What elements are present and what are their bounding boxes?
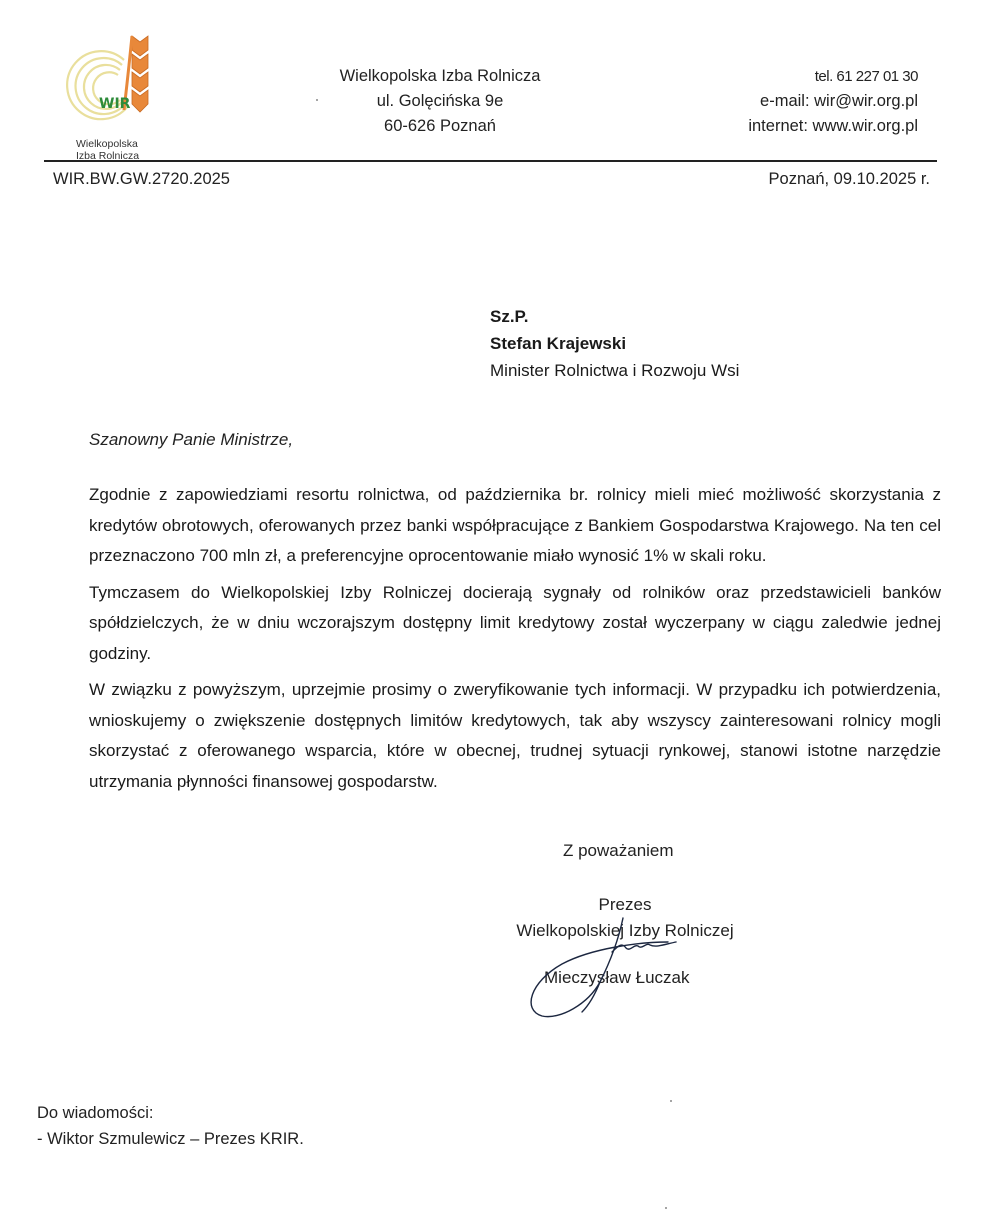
website-address[interactable]: internet: www.wir.org.pl [748,114,918,139]
addressee-name: Stefan Krajewski [490,330,739,357]
salutation: Szanowny Panie Ministrze, [89,430,293,450]
wheat-ear-icon: WIR [62,32,162,130]
addressee-block: Sz.P. Stefan Krajewski Minister Rolnictw… [490,303,739,384]
letterhead-divider [44,160,937,162]
email-address[interactable]: e-mail: wir@wir.org.pl [748,89,918,114]
place-date: Poznań, 09.10.2025 r. [769,170,930,189]
cc-block: Do wiadomości: - Wiktor Szmulewicz – Pre… [37,1100,304,1152]
logo-caption: Wielkopolska Izba Rolnicza [76,138,139,162]
svg-text:WIR: WIR [99,96,131,112]
organization-address: Wielkopolska Izba Rolnicza ul. Golęcińsk… [300,64,580,139]
postal-city: 60-626 Poznań [300,114,580,139]
body-paragraph-text: W związku z powyższym, uprzejmie prosimy… [89,680,941,791]
street-address: ul. Golęcińska 9e [300,89,580,114]
wir-logo: WIR [62,32,162,130]
organization-name: Wielkopolska Izba Rolnicza [300,64,580,89]
scan-speck [316,99,318,101]
reference-number: WIR.BW.GW.2720.2025 [53,170,230,189]
contact-info: tel. 61 227 01 30 e-mail: wir@wir.org.pl… [748,64,918,139]
phone-number: tel. 61 227 01 30 [748,64,918,89]
cc-recipient: - Wiktor Szmulewicz – Prezes KRIR. [37,1126,304,1152]
body-paragraph: Tymczasem do Wielkopolskiej Izby Rolnicz… [89,578,941,670]
addressee-title: Minister Rolnictwa i Rozwoju Wsi [490,357,739,384]
body-paragraph: Zgodnie z zapowiedziami resortu rolnictw… [89,480,941,572]
logo-caption-line1: Wielkopolska [76,138,139,150]
letter-body: Zgodnie z zapowiedziami resortu rolnictw… [89,480,941,803]
closing: Z poważaniem [563,841,674,861]
scan-speck [670,1100,672,1102]
cc-label: Do wiadomości: [37,1100,304,1126]
handwritten-signature [500,912,760,1022]
scan-speck [665,1207,667,1209]
body-paragraph-text: Zgodnie z zapowiedziami resortu rolnictw… [89,485,941,565]
body-paragraph: W związku z powyższym, uprzejmie prosimy… [89,675,941,797]
body-paragraph-text: Tymczasem do Wielkopolskiej Izby Rolnicz… [89,583,941,663]
addressee-honorific: Sz.P. [490,303,739,330]
